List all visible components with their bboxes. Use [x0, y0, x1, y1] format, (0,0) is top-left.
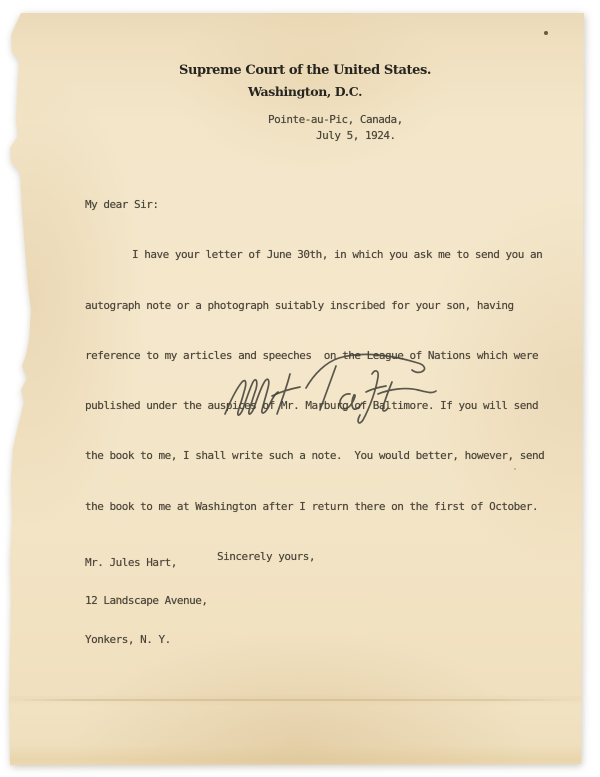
- signature-stroke-tstem: [320, 366, 336, 410]
- letterhead-line2: Washington, D.C.: [105, 84, 505, 100]
- recipient-address: Mr. Jules Hart, 12 Landscape Avenue, Yon…: [85, 531, 207, 672]
- body-line: autograph note or a photograph suitably …: [85, 294, 544, 318]
- recipient-name: Mr. Jules Hart,: [85, 557, 207, 569]
- salutation: My dear Sir:: [85, 193, 544, 217]
- taft-signature: [222, 350, 442, 428]
- paper-speck: [544, 31, 548, 35]
- recipient-street: 12 Landscape Avenue,: [85, 595, 207, 607]
- body-line: the book to me at Washington after I ret…: [85, 495, 544, 519]
- dateline-place: Pointe-au-Pic, Canada,: [268, 113, 403, 126]
- signature-stroke-tbar: [306, 354, 425, 388]
- scanned-letter-page: Supreme Court of the United States. Wash…: [0, 0, 600, 777]
- body-line: I have your letter of June 30th, in whic…: [85, 243, 544, 267]
- letter-paper: Supreme Court of the United States. Wash…: [0, 0, 600, 777]
- recipient-city: Yonkers, N. Y.: [85, 634, 207, 646]
- signature-stroke-a: [340, 394, 362, 409]
- signature-stroke-f: [358, 371, 386, 423]
- paper-speck: [116, 597, 119, 600]
- body-line: the book to me, I shall write such a not…: [85, 444, 544, 468]
- letterhead: Supreme Court of the United States. Wash…: [105, 63, 505, 100]
- signature-stroke-wm: [225, 379, 278, 415]
- paper-shadow-wrap: Supreme Court of the United States. Wash…: [0, 0, 600, 777]
- dateline-date: July 5, 1924.: [316, 129, 396, 142]
- paper-speck: [514, 468, 516, 470]
- paper-fold-crease: [10, 699, 582, 701]
- signature-stroke-h: [272, 374, 300, 414]
- letterhead-line1: Supreme Court of the United States.: [105, 63, 505, 79]
